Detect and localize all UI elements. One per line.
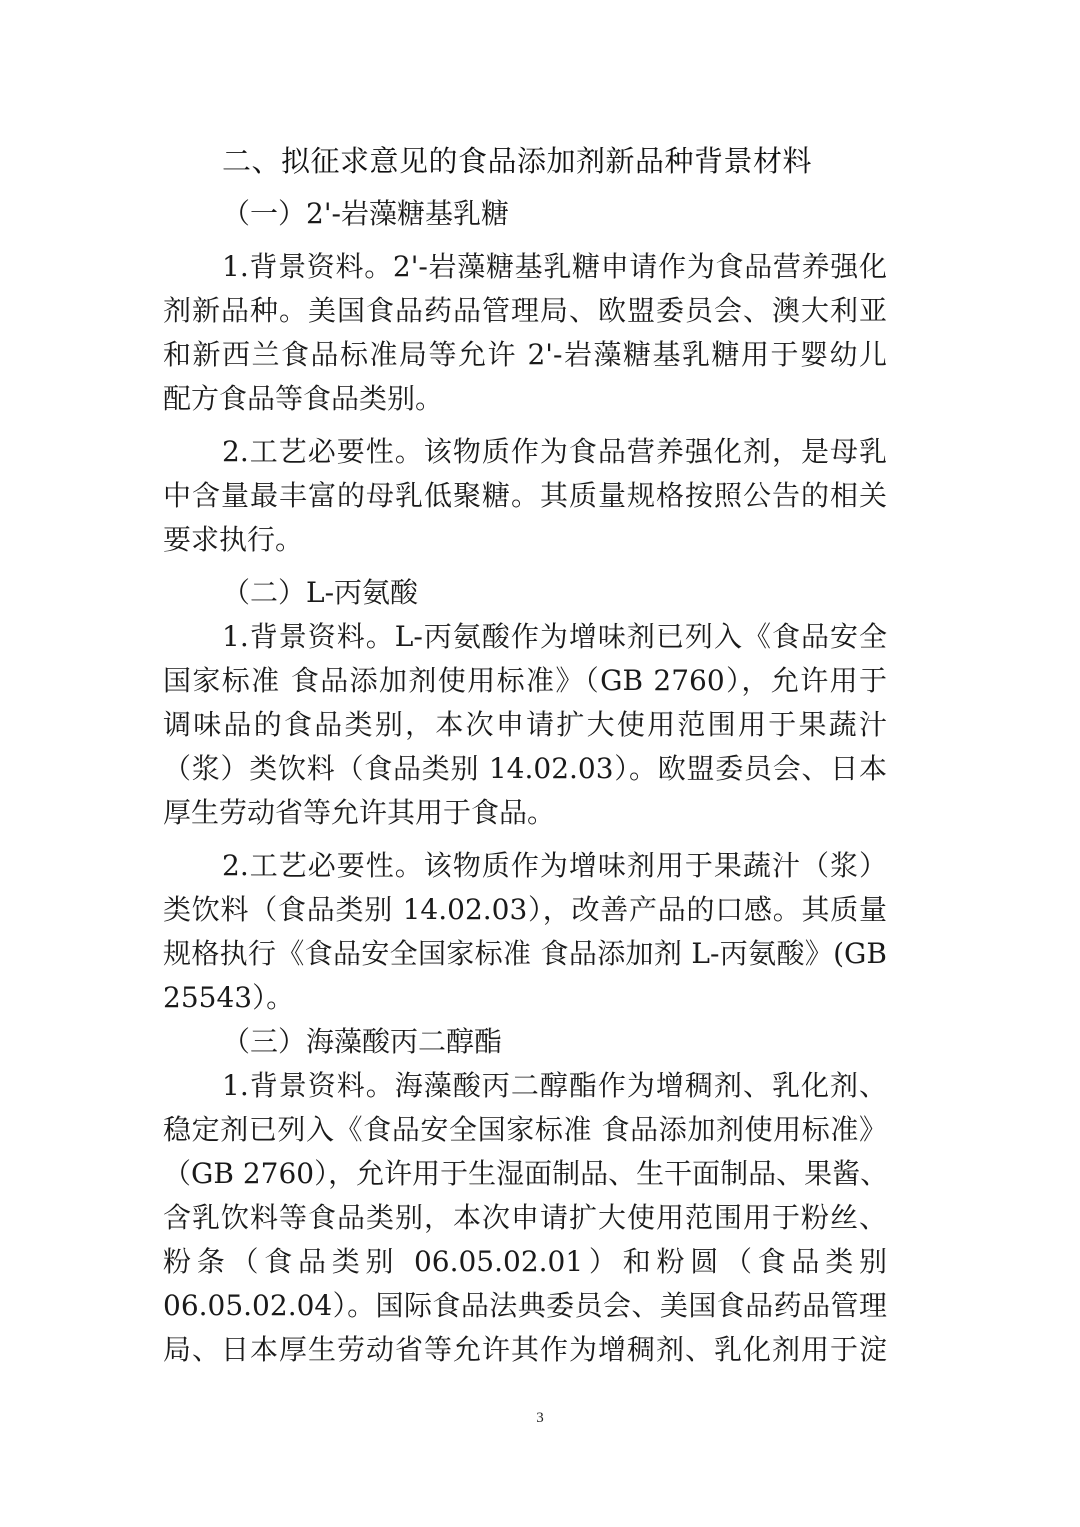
paragraph-line: （浆）类饮料（食品类别 14.02.03）。欧盟委员会、日本 bbox=[163, 747, 887, 791]
paragraph-line: 1.背景资料。L-丙氨酸作为增味剂已列入《食品安全 bbox=[222, 615, 887, 659]
paragraph-line: 要求执行。 bbox=[163, 518, 887, 562]
paragraph-line: 06.05.02.04）。国际食品法典委员会、美国食品药品管理 bbox=[163, 1284, 887, 1328]
paragraph-line: 25543）。 bbox=[163, 976, 887, 1020]
item-heading: （二）L-丙氨酸 bbox=[222, 571, 887, 615]
paragraph-line: 配方食品等食品类别。 bbox=[163, 377, 887, 421]
item-heading: （三）海藻酸丙二醇酯 bbox=[222, 1020, 887, 1064]
paragraph-line: （GB 2760），允许用于生湿面制品、生干面制品、果酱、 bbox=[163, 1152, 887, 1196]
paragraph-line: 稳定剂已列入《食品安全国家标准 食品添加剂使用标准》 bbox=[163, 1108, 887, 1152]
paragraph-line: 粉条（食品类别 06.05.02.01）和粉圆（食品类别 bbox=[163, 1240, 887, 1284]
item-heading: （一）2'-岩藻糖基乳糖 bbox=[222, 192, 887, 236]
paragraph-line: 2.工艺必要性。该物质作为增味剂用于果蔬汁（浆） bbox=[222, 844, 887, 888]
paragraph-line: 国家标准 食品添加剂使用标准》（GB 2760），允许用于 bbox=[163, 659, 887, 703]
paragraph-line: 类饮料（食品类别 14.02.03），改善产品的口感。其质量 bbox=[163, 888, 887, 932]
section-title: 二、拟征求意见的食品添加剂新品种背景材料 bbox=[222, 140, 842, 182]
paragraph-line: 规格执行《食品安全国家标准 食品添加剂 L-丙氨酸》(GB bbox=[163, 932, 887, 976]
paragraph-line: 中含量最丰富的母乳低聚糖。其质量规格按照公告的相关 bbox=[163, 474, 887, 518]
paragraph-line: 厚生劳动省等允许其用于食品。 bbox=[163, 791, 887, 835]
paragraph-line: 2.工艺必要性。该物质作为食品营养强化剂，是母乳 bbox=[222, 430, 887, 474]
paragraph-line: 调味品的食品类别，本次申请扩大使用范围用于果蔬汁 bbox=[163, 703, 887, 747]
document-page: 二、拟征求意见的食品添加剂新品种背景材料 （一）2'-岩藻糖基乳糖 1.背景资料… bbox=[0, 0, 1080, 1527]
paragraph-line: 局、日本厚生劳动省等允许其作为增稠剂、乳化剂用于淀 bbox=[163, 1328, 887, 1372]
page-number: 3 bbox=[0, 1410, 1080, 1427]
paragraph-line: 剂新品种。美国食品药品管理局、欧盟委员会、澳大利亚 bbox=[163, 289, 887, 333]
paragraph-line: 1.背景资料。海藻酸丙二醇酯作为增稠剂、乳化剂、 bbox=[222, 1064, 887, 1108]
paragraph-line: 含乳饮料等食品类别，本次申请扩大使用范围用于粉丝、 bbox=[163, 1196, 887, 1240]
paragraph-line: 1.背景资料。2'-岩藻糖基乳糖申请作为食品营养强化 bbox=[222, 245, 887, 289]
paragraph-line: 和新西兰食品标准局等允许 2'-岩藻糖基乳糖用于婴幼儿 bbox=[163, 333, 887, 377]
